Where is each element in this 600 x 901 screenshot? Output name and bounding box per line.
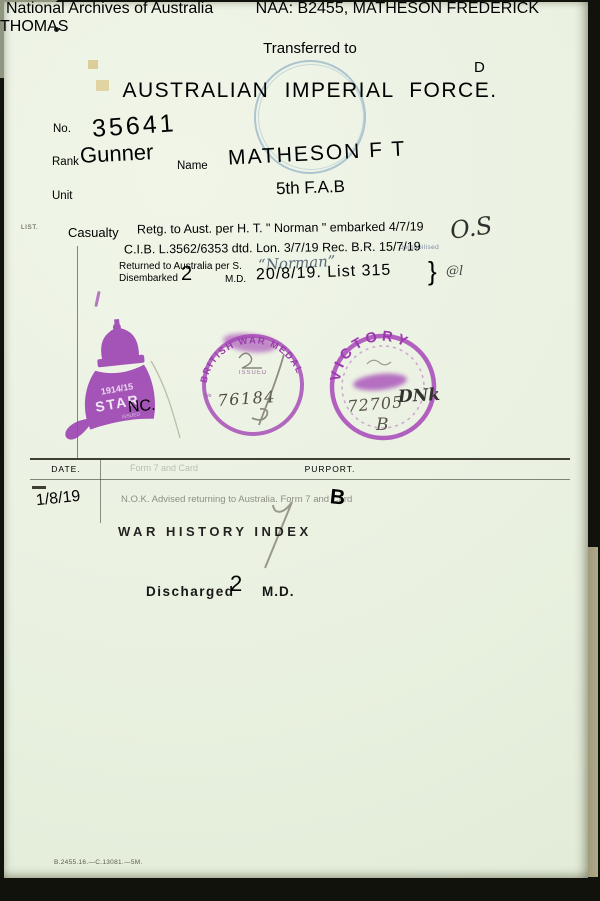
- bwm-number-handwriting: 76184: [217, 387, 277, 410]
- list-margin-note: LIST.: [21, 224, 38, 231]
- star-medal-stamp: 1914/15 STAR ISSUED: [56, 316, 196, 446]
- archive-name-text: National Archives of Australia: [6, 0, 213, 17]
- casualty-label: Casualty: [68, 225, 119, 240]
- disembarked-stamp: Disembarked: [119, 273, 178, 284]
- discharged-md-number: 2: [230, 571, 242, 597]
- section-divider-heavy: [30, 458, 570, 460]
- md-stamp: M.D.: [225, 274, 246, 285]
- transferred-to-text: Transferred to: [230, 40, 390, 57]
- crown-icon: [56, 316, 158, 440]
- pencil-stroke: [151, 361, 180, 438]
- corner-letter: D: [474, 59, 485, 76]
- pencil-scribble: [239, 353, 262, 368]
- discharged-stamp: Discharged: [146, 584, 235, 599]
- paper-stain: [88, 60, 98, 69]
- date-column-line: [100, 459, 101, 523]
- unit-label: Unit: [52, 190, 72, 202]
- archive-caption-bar: National Archives of Australia NAA: B245…: [0, 0, 600, 36]
- ghost-stamp-offset: Form 7 and Card: [130, 463, 198, 473]
- document-scan-page: Transferred to D AUSTRALIAN IMPERIAL FOR…: [0, 0, 600, 901]
- british-war-medal-stamp: BRITISH WAR MEDAL ISSUED No 76184: [192, 330, 314, 440]
- discharged-md-suffix: M.D.: [262, 584, 295, 599]
- unit-value-handwriting: 5th F.A.B: [276, 177, 346, 199]
- victory-letter-handwriting: B: [375, 415, 389, 435]
- circled-initial-mark: @l: [446, 264, 463, 279]
- pencil-scribble: [367, 360, 391, 365]
- header-underline: [30, 479, 570, 480]
- form-print-code: B.2455.16.—C.13081.—5M.: [54, 859, 143, 866]
- page-title: AUSTRALIAN IMPERIAL FORCE.: [60, 79, 560, 103]
- bwm-issued-text: ISSUED: [239, 370, 267, 376]
- md-number-handwriting: 2: [181, 263, 192, 286]
- margin-dash: [32, 486, 46, 489]
- nok-advised-stamp: N.O.K. Advised returning to Australia. F…: [121, 494, 352, 505]
- no-label: No.: [53, 123, 71, 135]
- date-column-header: DATE.: [36, 464, 96, 474]
- bwm-no-label: No: [205, 393, 212, 399]
- star-hand-note: NC.: [127, 397, 156, 417]
- brace-mark: }: [428, 256, 437, 287]
- casualty-entry-1: Retg. to Aust. per H. T. " Norman " emba…: [137, 219, 424, 236]
- rank-label: Rank: [52, 156, 79, 168]
- victory-number-handwriting: 72705: [347, 392, 404, 416]
- ink-initials: DNk: [398, 385, 441, 407]
- pencil-letter-mark: B: [329, 485, 347, 510]
- os-mark: O.S: [448, 211, 494, 245]
- name-label: Name: [177, 160, 208, 172]
- no-value-handwriting: 35641: [91, 109, 177, 144]
- rank-value-handwriting: Gunner: [79, 139, 154, 169]
- war-history-index-stamp: WAR HISTORY INDEX: [118, 524, 312, 539]
